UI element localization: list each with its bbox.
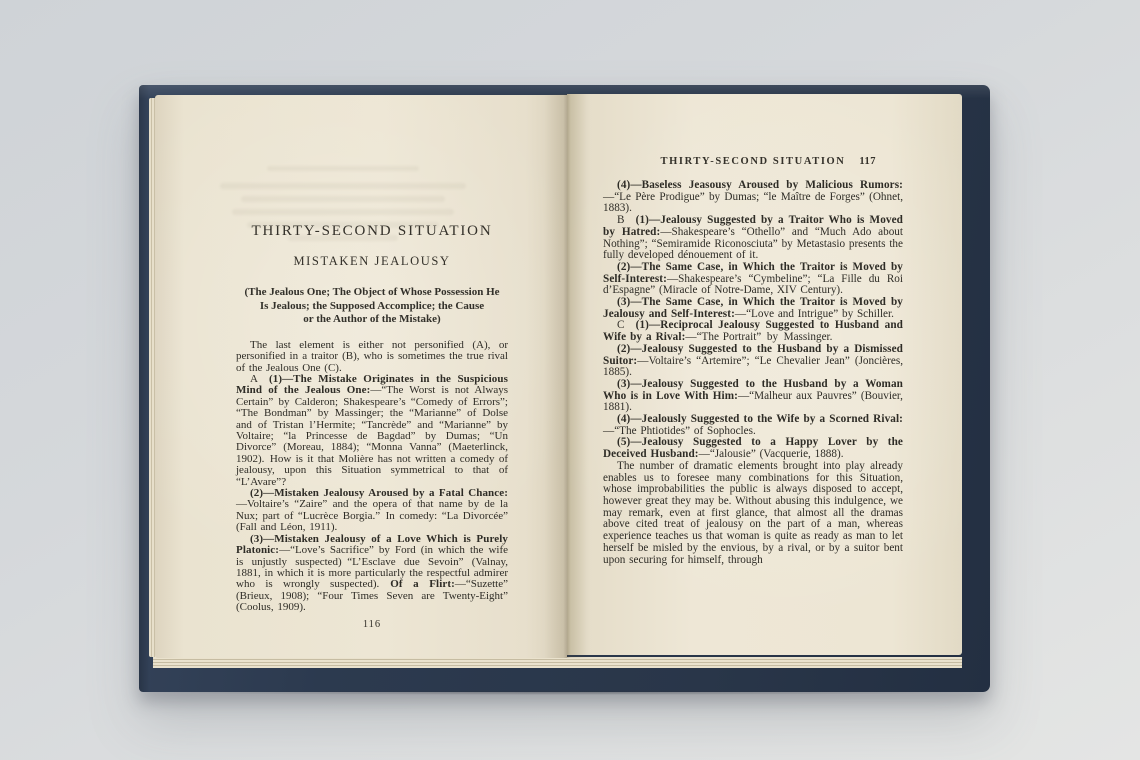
open-book: THIRTY-SECOND SITUATION MISTAKEN JEALOUS… [139, 85, 990, 692]
epigraph-line: or the Author of the Mistake) [236, 313, 508, 327]
running-head: THIRTY-SECOND SITUATION 117 [603, 156, 903, 167]
paragraph: (3)—Mistaken Jealousy of a Love Which is… [236, 534, 508, 614]
paragraph: (2)—Jealousy Suggested to the Husband by… [603, 344, 903, 379]
paragraph: (3)—Jealousy Suggested to the Husband by… [603, 379, 903, 414]
left-page: THIRTY-SECOND SITUATION MISTAKEN JEALOUS… [155, 95, 567, 658]
left-page-body: The last element is either not personifi… [236, 340, 508, 614]
paragraph: (4)—Baseless Jeasousy Aroused by Malicio… [603, 180, 903, 215]
paragraph: A (1)—The Mistake Originates in the Susp… [236, 374, 508, 488]
page-stack-edge-bottom [153, 657, 962, 668]
paragraph: (4)—Jealously Suggested to the Wife by a… [603, 414, 903, 437]
paragraph: (2)—Mistaken Jealousy Aroused by a Fatal… [236, 488, 508, 534]
page-number-left: 116 [236, 619, 508, 630]
right-page-content: THIRTY-SECOND SITUATION 117 (4)—Baseless… [603, 156, 903, 566]
epigraph-line: (The Jealous One; The Object of Whose Po… [236, 286, 508, 300]
chapter-epigraph: (The Jealous One; The Object of Whose Po… [236, 286, 508, 327]
paragraph: The last element is either not personifi… [236, 340, 508, 374]
paragraph: B (1)—Jealousy Suggested by a Traitor Wh… [603, 215, 903, 262]
paragraph: (2)—The Same Case, in Which the Traitor … [603, 262, 903, 297]
right-page-body: (4)—Baseless Jeasousy Aroused by Malicio… [603, 180, 903, 566]
page-number-right: 117 [859, 156, 876, 167]
paragraph: (3)—The Same Case, in Which the Traitor … [603, 297, 903, 320]
running-head-title: THIRTY-SECOND SITUATION [661, 156, 846, 167]
chapter-heading: THIRTY-SECOND SITUATION [236, 223, 508, 240]
epigraph-line: Is Jealous; the Supposed Accomplice; the… [236, 300, 508, 314]
paragraph: (5)—Jealousy Suggested to a Happy Lover … [603, 437, 903, 460]
desk-surface: THIRTY-SECOND SITUATION MISTAKEN JEALOUS… [0, 0, 1140, 760]
paragraph: C (1)—Reciprocal Jealousy Suggested to H… [603, 320, 903, 343]
left-page-content: THIRTY-SECOND SITUATION MISTAKEN JEALOUS… [236, 223, 508, 630]
right-page: THIRTY-SECOND SITUATION 117 (4)—Baseless… [567, 94, 962, 655]
paragraph: The number of dramatic elements brought … [603, 461, 903, 566]
chapter-subheading: MISTAKEN JEALOUSY [236, 254, 508, 269]
